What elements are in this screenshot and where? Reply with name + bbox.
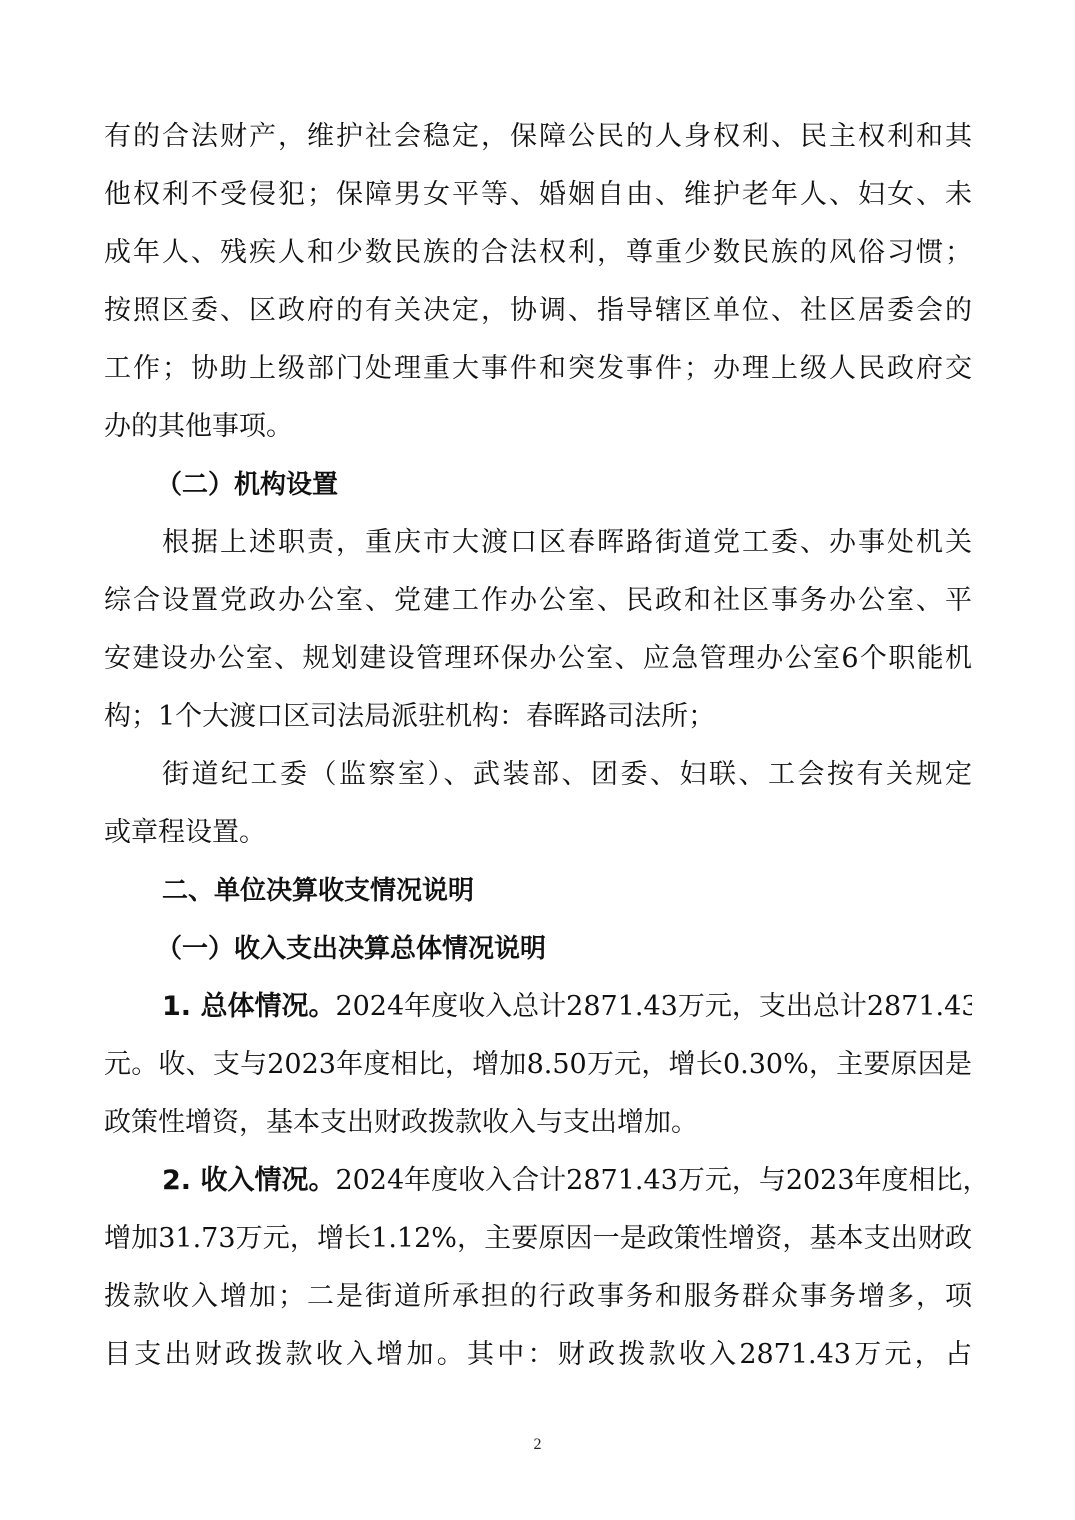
org-setup-paragraph: 根据上述职责，重庆市大渡口区春晖路街道党工委、办事处机关 综合设置党政办公室、党… — [104, 514, 972, 746]
subsection-heading-overall: （一）收入支出决算总体情况说明 — [104, 920, 972, 978]
text-line: 综合设置党政办公室、党建工作办公室、民政和社区事务办公室、平 — [104, 572, 972, 630]
paragraph-lead: 2. 收入情况。 — [162, 1165, 335, 1196]
text-line: 有的合法财产，维护社会稳定，保障公民的人身权利、民主权利和其 — [104, 108, 972, 166]
text-span: 2024年度收入总计2871.43万元，支出总计2871.43万 — [335, 991, 972, 1022]
other-bodies-paragraph: 街道纪工委（监察室）、武装部、团委、妇联、工会按有关规定 或章程设置。 — [104, 746, 972, 862]
text-line: 1. 总体情况。2024年度收入总计2871.43万元，支出总计2871.43万 — [104, 978, 972, 1036]
income-situation-paragraph: 2. 收入情况。2024年度收入合计2871.43万元，与2023年度相比， 增… — [104, 1152, 972, 1384]
text-line: 2. 收入情况。2024年度收入合计2871.43万元，与2023年度相比， — [104, 1152, 972, 1210]
text-span: 2024年度收入合计2871.43万元，与2023年度相比， — [335, 1165, 972, 1196]
text-line: 他权利不受侵犯；保障男女平等、婚姻自由、维护老年人、妇女、未 — [104, 166, 972, 224]
document-body: 有的合法财产，维护社会稳定，保障公民的人身权利、民主权利和其 他权利不受侵犯；保… — [104, 108, 972, 1384]
text-line: 元。收、支与2023年度相比，增加8.50万元，增长0.30%，主要原因是 — [104, 1036, 972, 1094]
document-page: 有的合法财产，维护社会稳定，保障公民的人身权利、民主权利和其 他权利不受侵犯；保… — [0, 0, 1075, 1520]
page-number: 2 — [0, 1436, 1075, 1454]
text-line: 增加31.73万元，增长1.12%，主要原因一是政策性增资，基本支出财政 — [104, 1210, 972, 1268]
duties-paragraph: 有的合法财产，维护社会稳定，保障公民的人身权利、民主权利和其 他权利不受侵犯；保… — [104, 108, 972, 456]
text-line: 拨款收入增加；二是街道所承担的行政事务和服务群众事务增多，项 — [104, 1268, 972, 1326]
subsection-heading-org-setup: （二）机构设置 — [104, 456, 972, 514]
text-line: 办的其他事项。 — [104, 398, 972, 456]
paragraph-lead: 1. 总体情况。 — [162, 991, 335, 1022]
text-line: 根据上述职责，重庆市大渡口区春晖路街道党工委、办事处机关 — [104, 514, 972, 572]
text-line: 按照区委、区政府的有关决定，协调、指导辖区单位、社区居委会的 — [104, 282, 972, 340]
overall-situation-paragraph: 1. 总体情况。2024年度收入总计2871.43万元，支出总计2871.43万… — [104, 978, 972, 1152]
text-line: 工作；协助上级部门处理重大事件和突发事件；办理上级人民政府交 — [104, 340, 972, 398]
text-line: 构；1个大渡口区司法局派驻机构：春晖路司法所； — [104, 688, 972, 746]
text-line: 或章程设置。 — [104, 804, 972, 862]
text-line: 成年人、残疾人和少数民族的合法权利，尊重少数民族的风俗习惯； — [104, 224, 972, 282]
text-line: 街道纪工委（监察室）、武装部、团委、妇联、工会按有关规定 — [104, 746, 972, 804]
text-line: 安建设办公室、规划建设管理环保办公室、应急管理办公室6个职能机 — [104, 630, 972, 688]
section-heading-budget-explanation: 二、单位决算收支情况说明 — [104, 862, 972, 920]
text-line: 目支出财政拨款收入增加。其中：财政拨款收入2871.43万元，占 — [104, 1326, 972, 1384]
text-line: 政策性增资，基本支出财政拨款收入与支出增加。 — [104, 1094, 972, 1152]
